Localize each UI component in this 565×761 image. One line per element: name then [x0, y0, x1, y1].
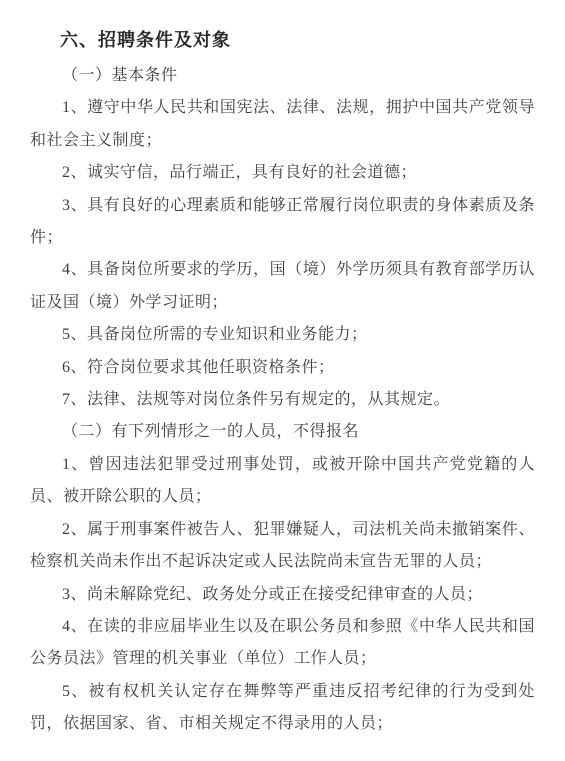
basic-condition-7: 7、法律、法规等对岗位条件另有规定的，从其规定。 [30, 384, 535, 416]
section-heading: 六、招聘条件及对象 [30, 20, 535, 60]
ineligible-condition-1: 1、曾因违法犯罪受过刑事处罚，或被开除中国共产党党籍的人员、被开除公职的人员； [30, 449, 535, 514]
basic-condition-6: 6、符合岗位要求其他任职资格条件； [30, 352, 535, 384]
ineligible-condition-2: 2、属于刑事案件被告人、犯罪嫌疑人，司法机关尚未撤销案件、检察机关尚未作出不起诉… [30, 514, 535, 579]
ineligible-condition-4: 4、在读的非应届毕业生以及在职公务员和参照《中华人民共和国公务员法》管理的机关事… [30, 611, 535, 676]
basic-condition-3: 3、具有良好的心理素质和能够正常履行岗位职责的身体素质及条件； [30, 190, 535, 255]
basic-condition-2: 2、诚实守信，品行端正，具有良好的社会道德； [30, 157, 535, 189]
subsection-basic-conditions-title: （一）基本条件 [30, 60, 535, 92]
ineligible-condition-5: 5、被有权机关认定存在舞弊等严重违反招考纪律的行为受到处罚，依据国家、省、市相关… [30, 676, 535, 741]
subsection-ineligible-title: （二）有下列情形之一的人员，不得报名 [30, 416, 535, 448]
basic-condition-5: 5、具备岗位所需的专业知识和业务能力； [30, 319, 535, 351]
basic-condition-1: 1、遵守中华人民共和国宪法、法律、法规，拥护中国共产党领导和社会主义制度； [30, 92, 535, 157]
document-page: 六、招聘条件及对象 （一）基本条件 1、遵守中华人民共和国宪法、法律、法规，拥护… [0, 0, 565, 761]
basic-condition-4: 4、具备岗位所要求的学历，国（境）外学历须具有教育部学历认证及国（境）外学习证明… [30, 254, 535, 319]
ineligible-condition-3: 3、尚未解除党纪、政务处分或正在接受纪律审查的人员； [30, 579, 535, 611]
